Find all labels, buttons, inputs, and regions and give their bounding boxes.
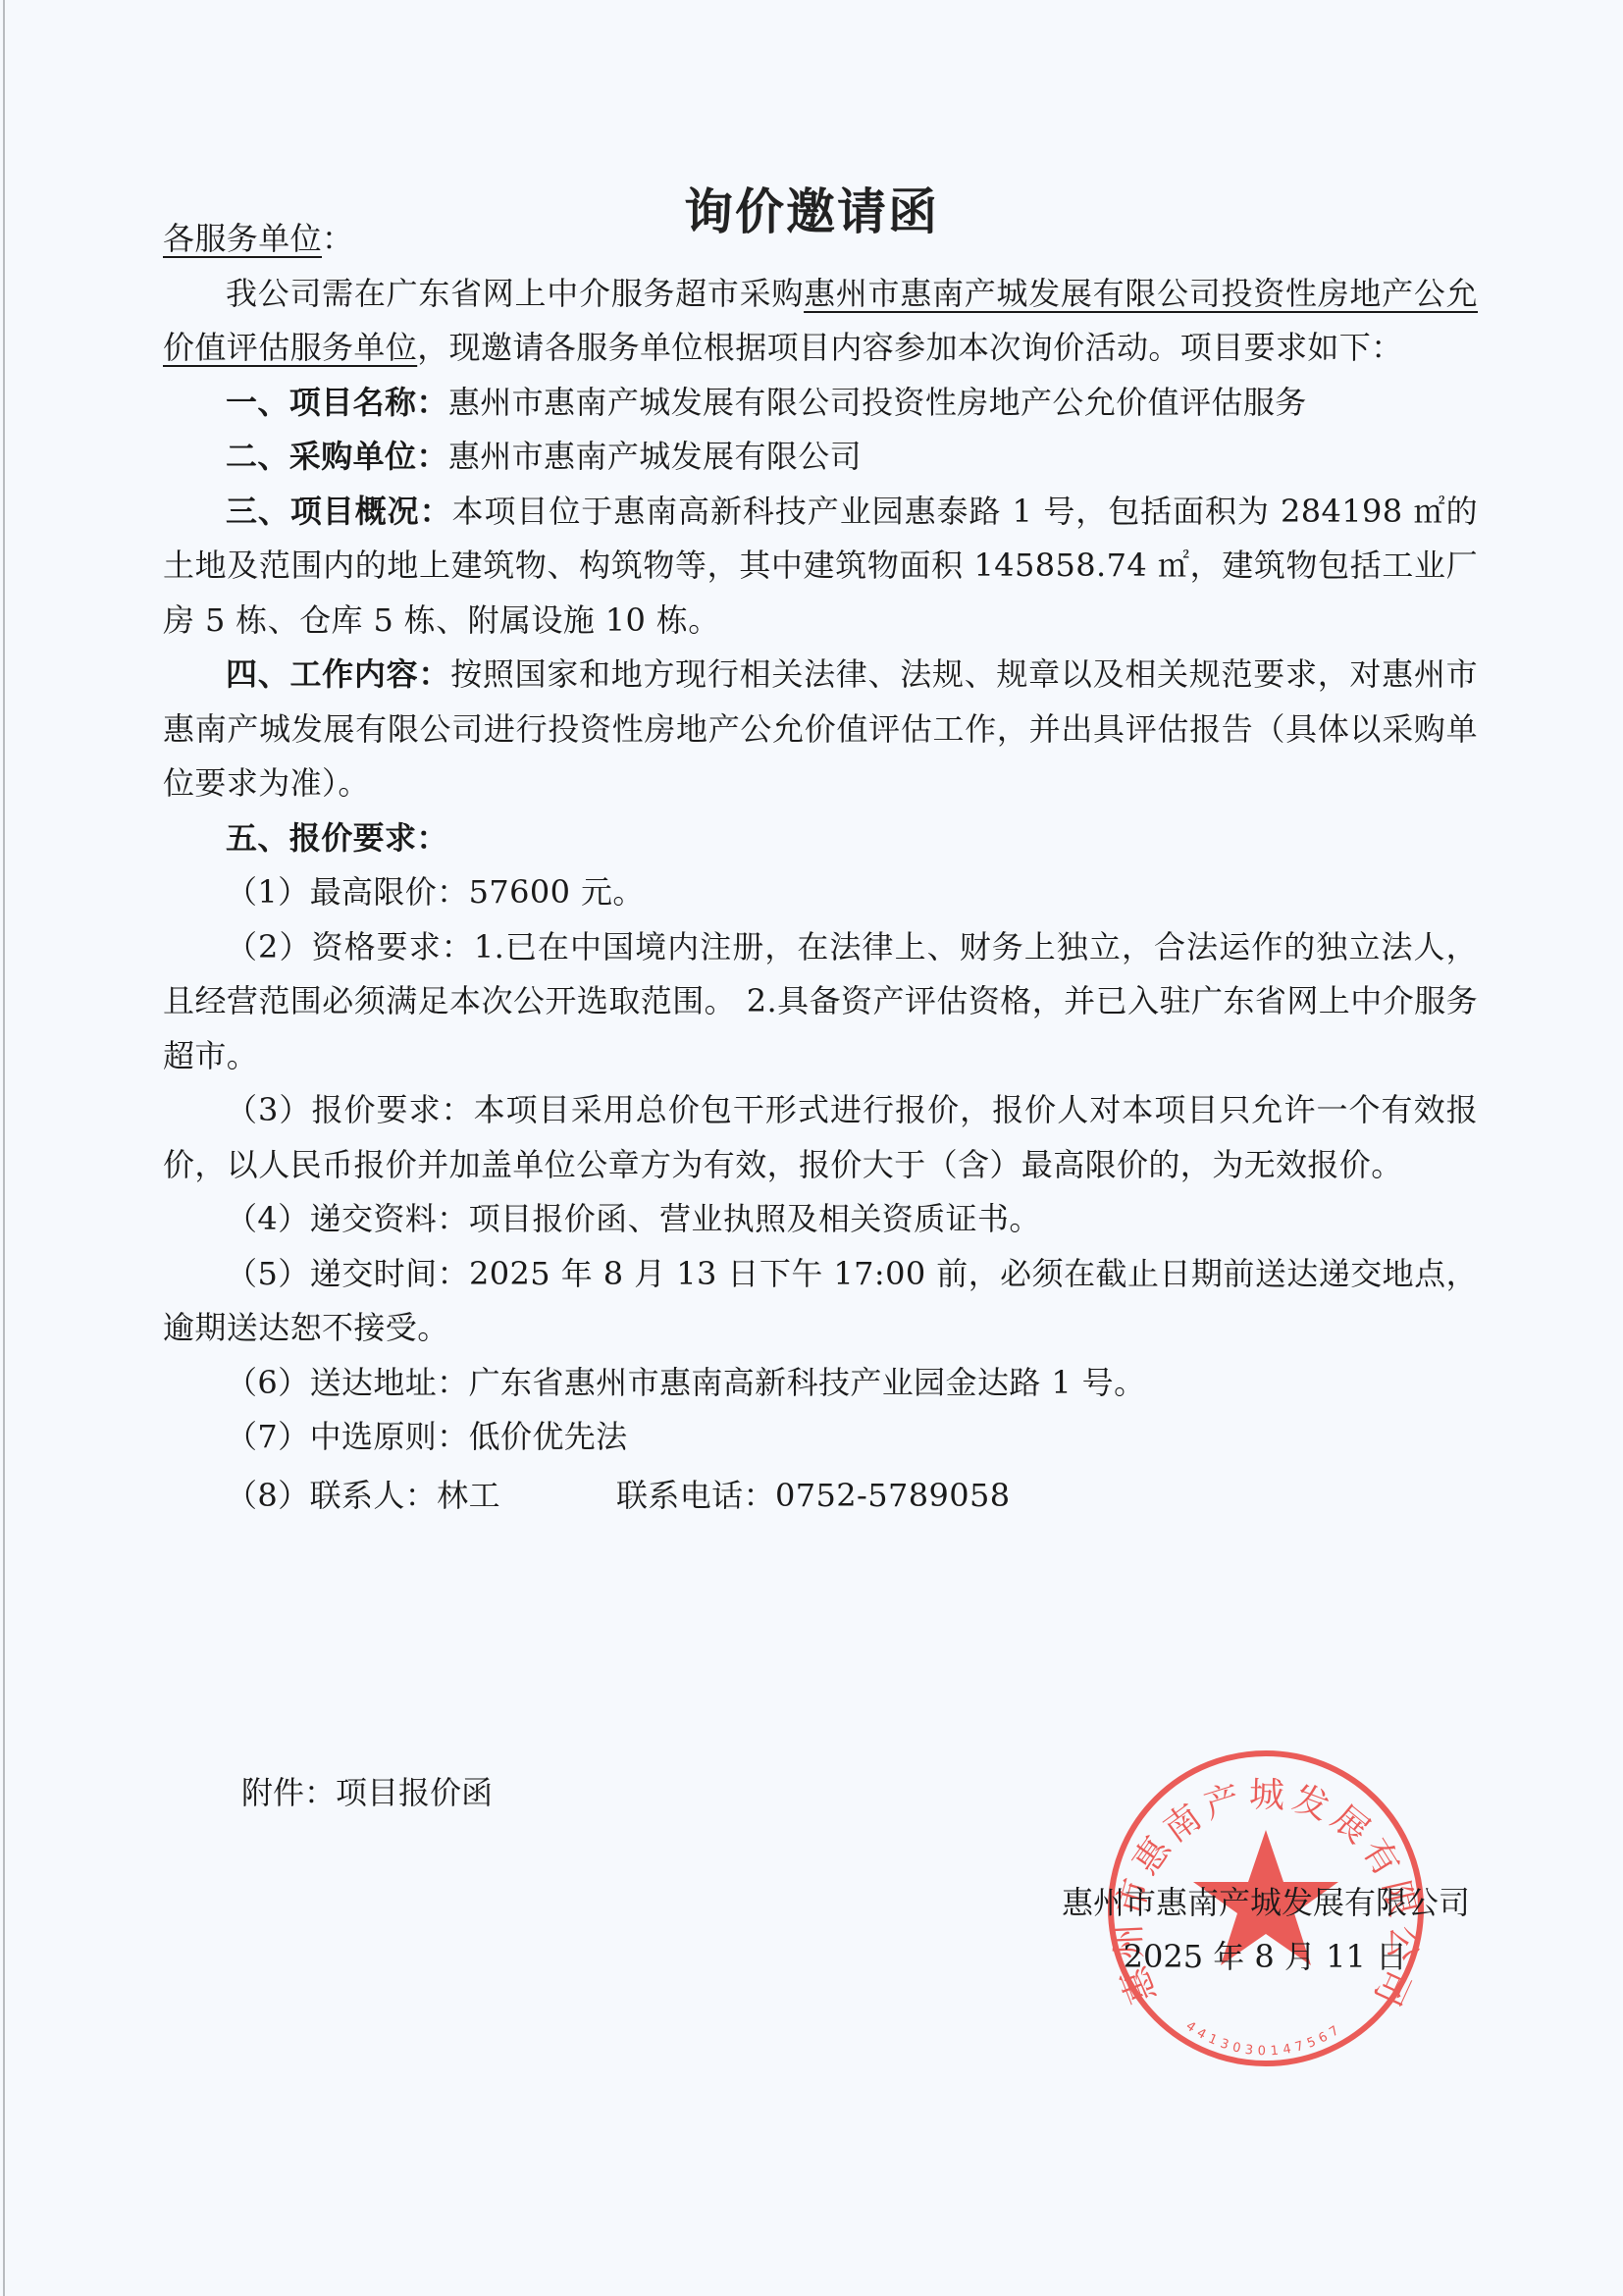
requirement-deadline: （5）递交时间：2025 年 8 月 13 日下午 17:00 前，必须在截止日… [163, 1247, 1478, 1356]
salutation-text: 各服务单位 [163, 220, 322, 257]
requirement-max-price: （1）最高限价：57600 元。 [163, 865, 1478, 920]
section-quote-requirements: 五、报价要求： [163, 811, 1478, 866]
section-overview: 三、项目概况：本项目位于惠南高新科技产业园惠泰路 1 号，包括面积为 28419… [163, 485, 1478, 649]
requirement-selection-principle: （7）中选原则：低价优先法 [163, 1410, 1478, 1465]
requirement-quotation: （3）报价要求：本项目采用总价包干形式进行报价，报价人对本项目只允许一个有效报价… [163, 1083, 1478, 1192]
signature-block: 惠州市惠南产城发展有限公司 2025 年 8 月 11 日 [1062, 1876, 1470, 1984]
requirement-qualification: （2）资格要求：1.已在中国境内注册，在法律上、财务上独立，合法运作的独立法人，… [163, 920, 1478, 1084]
contact-line: （8）联系人：林工联系电话：0752-5789058 [163, 1469, 1478, 1524]
document-body: 各服务单位： 我公司需在广东省网上中介服务超市采购惠州市惠南产城发展有限公司投资… [163, 212, 1478, 1523]
section-project-name: 一、项目名称：惠州市惠南产城发展有限公司投资性房地产公允价值评估服务 [163, 376, 1478, 431]
requirement-documents: （4）递交资料：项目报价函、营业执照及相关资质证书。 [163, 1192, 1478, 1247]
scan-edge-line [3, 0, 5, 2296]
signature-company: 惠州市惠南产城发展有限公司 [1062, 1876, 1470, 1930]
attachment-note: 附件：项目报价函 [241, 1768, 493, 1813]
section-work-content: 四、工作内容：按照国家和地方现行相关法律、法规、规章以及相关规范要求，对惠州市惠… [163, 648, 1478, 811]
contact-phone: 0752-5789058 [775, 1477, 1011, 1514]
section-purchaser: 二、采购单位：惠州市惠南产城发展有限公司 [163, 430, 1478, 485]
intro-paragraph: 我公司需在广东省网上中介服务超市采购惠州市惠南产城发展有限公司投资性房地产公允价… [163, 267, 1478, 376]
contact-person: 林工 [437, 1477, 500, 1514]
requirement-address: （6）送达地址：广东省惠州市惠南高新科技产业园金达路 1 号。 [163, 1356, 1478, 1411]
salutation: 各服务单位： [163, 212, 1478, 267]
signature-date: 2025 年 8 月 11 日 [1062, 1930, 1470, 1984]
